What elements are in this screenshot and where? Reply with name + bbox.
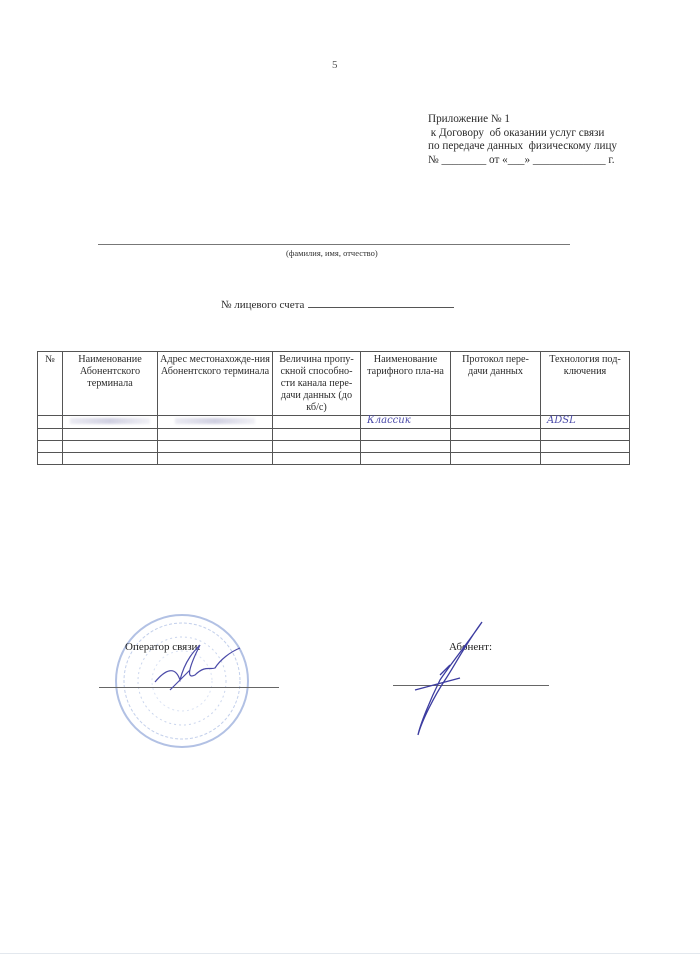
account-blank-line [308,297,454,308]
cell-bandwidth [273,416,361,429]
table-row [38,429,630,441]
table-row: Классик ADSL [38,416,630,429]
table-row [38,453,630,465]
cell [361,441,451,453]
cell [273,453,361,465]
cell [361,453,451,465]
cell [158,453,273,465]
appendix-contract-line: к Договору об оказании услуг связи [428,127,617,141]
cell-technology-handwritten: ADSL [541,416,630,429]
cell-tariff-plan-handwritten: Классик [361,416,451,429]
header-terminal-address: Адрес местонахожде-ния Абонентского терм… [158,352,273,416]
appendix-subject-line: по передаче данных физическому лицу [428,140,617,154]
page-bottom-edge [0,953,700,954]
appendix-header: Приложение № 1 к Договору об оказании ус… [428,113,617,167]
services-table: № Наименование Абонентского терминала Ад… [37,351,630,465]
account-label: № лицевого счета [221,299,304,311]
header-tariff-plan: Наименование тарифного пла-на [361,352,451,416]
cell [541,429,630,441]
cell-number [38,416,63,429]
cell-terminal-address-redacted [158,416,273,429]
fio-caption: (фамилия, имя, отчество) [286,248,378,258]
cell [451,429,541,441]
cell [451,453,541,465]
redacted-text [70,418,150,424]
redacted-text [175,418,255,424]
header-technology: Технология под-ключения [541,352,630,416]
fio-blank-line [98,244,570,245]
cell [38,441,63,453]
cell [63,453,158,465]
operator-signature-icon [150,640,250,700]
cell [38,453,63,465]
header-protocol: Протокол пере-дачи данных [451,352,541,416]
cell [361,429,451,441]
appendix-title: Приложение № 1 [428,113,617,127]
cell [541,441,630,453]
cell [158,429,273,441]
cell-protocol [451,416,541,429]
appendix-number-date-line: № ________ от «___» _____________ г. [428,154,617,168]
header-bandwidth: Величина пропу-скной способно-сти канала… [273,352,361,416]
header-terminal-name: Наименование Абонентского терминала [63,352,158,416]
cell [38,429,63,441]
cell [63,441,158,453]
cell [541,453,630,465]
account-number-field: № лицевого счета [221,297,454,311]
cell [273,429,361,441]
table-row [38,441,630,453]
cell [273,441,361,453]
cell [451,441,541,453]
table-header-row: № Наименование Абонентского терминала Ад… [38,352,630,416]
cell [63,429,158,441]
header-number: № [38,352,63,416]
subscriber-signature-icon [410,620,490,740]
cell-terminal-name-redacted [63,416,158,429]
page-number: 5 [332,59,338,71]
cell [158,441,273,453]
